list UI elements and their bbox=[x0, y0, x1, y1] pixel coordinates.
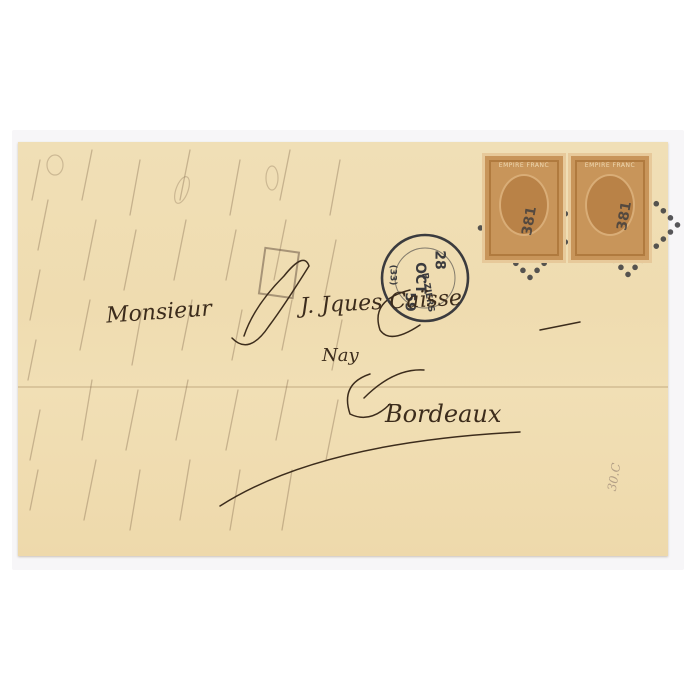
address-city: Bordeaux bbox=[385, 400, 501, 428]
postmark-day: 28 bbox=[432, 250, 448, 269]
stamp-right: EMPIRE FRANC bbox=[568, 153, 652, 263]
stamp-inscription: EMPIRE FRANC bbox=[579, 162, 641, 169]
address-street: Nay bbox=[322, 345, 359, 366]
stamp-inscription: EMPIRE FRANC bbox=[493, 162, 555, 169]
postmark-dept: (33) bbox=[387, 265, 397, 286]
